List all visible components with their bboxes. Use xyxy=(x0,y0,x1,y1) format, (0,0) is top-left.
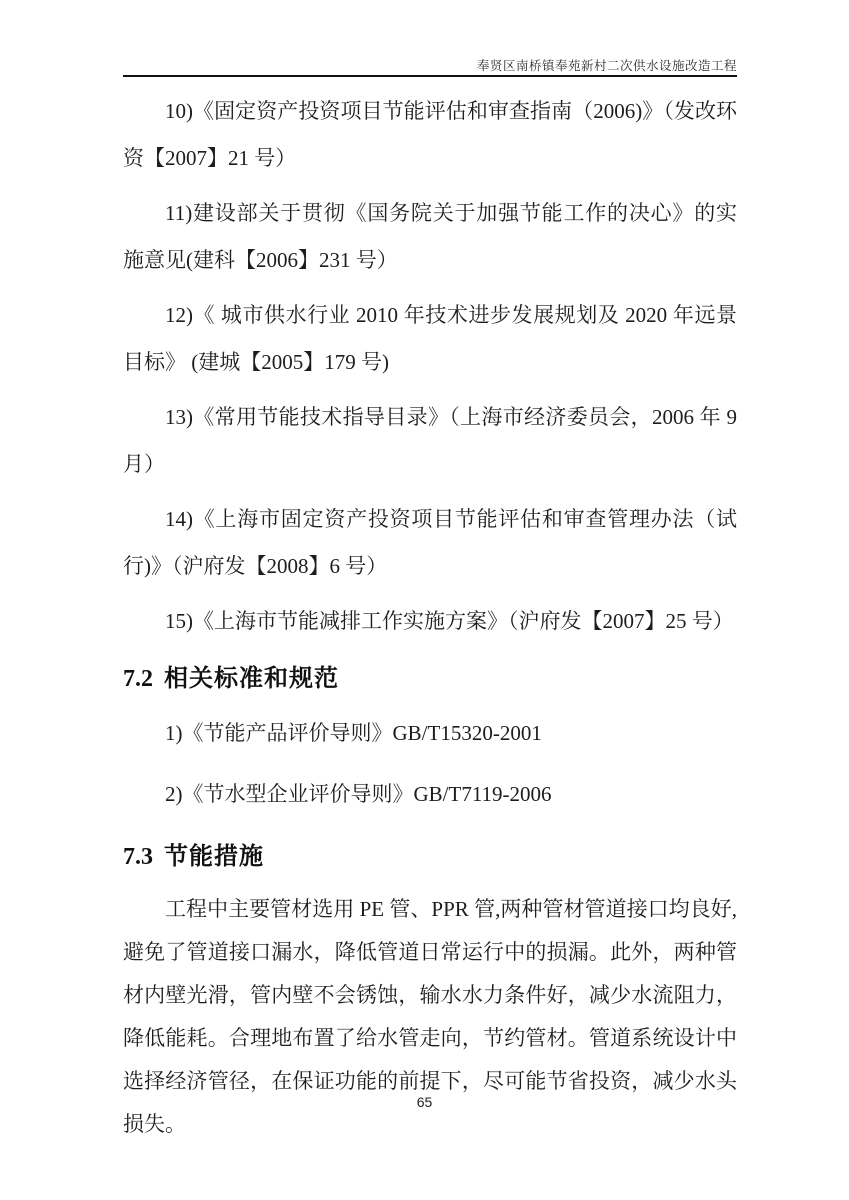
standard-item-2: 2)《节水型企业评价导则》GB/T7119-2006 xyxy=(123,771,737,818)
section-heading-7-2: 7.2相关标准和规范 xyxy=(123,662,737,696)
page-number: 65 xyxy=(417,1094,433,1110)
page-footer: 65 xyxy=(0,1094,849,1110)
reference-item-13: 13)《常用节能技术指导目录》（上海市经济委员会，2006 年 9 月） xyxy=(123,394,737,488)
reference-item-12: 12)《 城市供水行业 2010 年技术进步发展规划及 2020 年远景目标》 … xyxy=(123,292,737,386)
section-title: 节能措施 xyxy=(164,843,264,870)
reference-item-15: 15)《上海市节能减排工作实施方案》（沪府发【2007】25 号） xyxy=(123,598,737,645)
standard-item-1: 1)《节能产品评价导则》GB/T15320-2001 xyxy=(123,710,737,757)
page-header: 奉贤区南桥镇奉苑新村二次供水设施改造工程 xyxy=(123,0,737,75)
reference-item-10: 10)《固定资产投资项目节能评估和审查指南（2006)》（发改环资【2007】2… xyxy=(123,88,737,182)
header-rule xyxy=(123,75,737,77)
reference-item-14: 14)《上海市固定资产投资项目节能评估和审查管理办法（试行)》（沪府发【2008… xyxy=(123,496,737,590)
reference-item-11: 11)建设部关于贯彻《国务院关于加强节能工作的决心》的实施意见(建科【2006】… xyxy=(123,190,737,284)
document-page: 奉贤区南桥镇奉苑新村二次供水设施改造工程 10)《固定资产投资项目节能评估和审查… xyxy=(0,0,849,1200)
section-title: 相关标准和规范 xyxy=(164,665,339,692)
section-heading-7-3: 7.3节能措施 xyxy=(123,840,737,874)
header-title: 奉贤区南桥镇奉苑新村二次供水设施改造工程 xyxy=(477,59,737,73)
document-body: 10)《固定资产投资项目节能评估和审查指南（2006)》（发改环资【2007】2… xyxy=(123,88,737,1146)
section-number: 7.2 xyxy=(123,666,153,692)
section-number: 7.3 xyxy=(123,844,153,870)
